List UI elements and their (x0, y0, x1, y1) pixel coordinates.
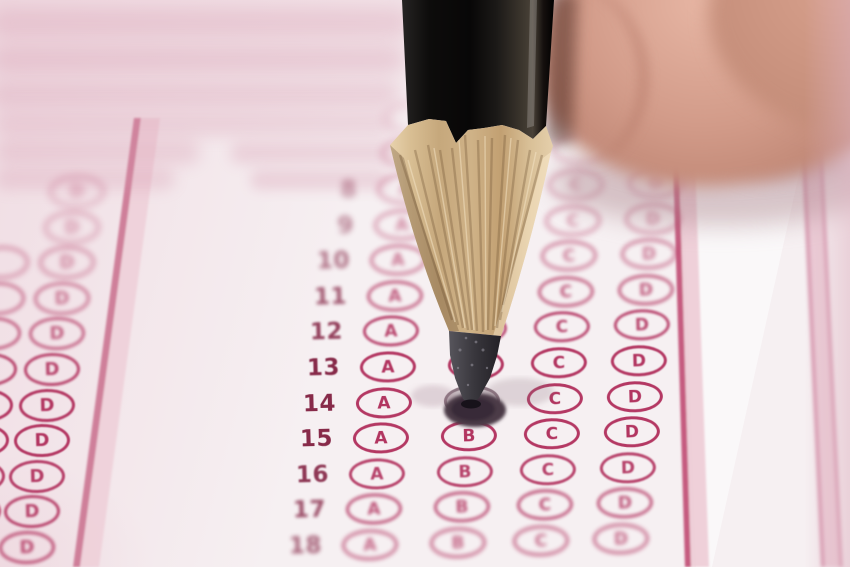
pencil (0, 0, 850, 567)
right-edge-tint (804, 0, 850, 567)
answer-sheet-photo: DDDDDDDDDDD 8ABCD9ABCD10ABCD11ABCD12ABCD… (0, 0, 850, 567)
pencil-tip-contact (461, 400, 481, 409)
